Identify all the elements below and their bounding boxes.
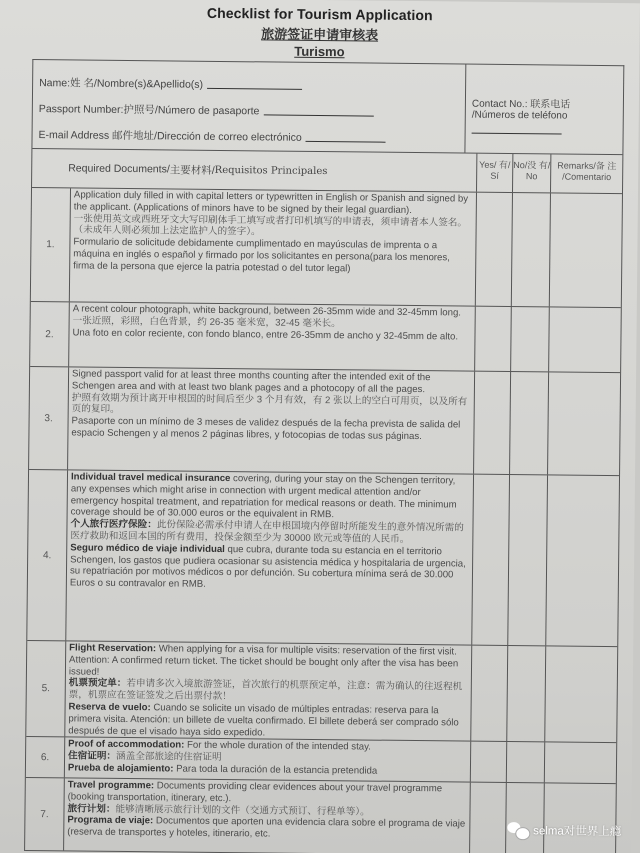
no-checkbox-cell[interactable] [511,193,550,306]
item-label-bold: Travel programme: [68,779,155,791]
wechat-icon [507,821,529,839]
no-checkbox-cell[interactable] [506,646,545,741]
no-checkbox-cell[interactable] [505,783,544,853]
item-number: 7. [25,778,65,850]
item-text-es: Programa de viaje: Documentos que aporte… [67,815,466,843]
watermark: selma对世界上瘾 [507,821,621,840]
item-description: Individual travel medical insurance cove… [66,470,473,644]
item-text: Para toda la duración de la estancia pre… [173,763,377,776]
item-label-bold: 住宿证明： [68,750,116,762]
title-block: Checklist for Tourism Application 旅游签证申请… [0,3,640,63]
applicant-fields: Name:姓 名/Nombre(s)&Apellido(s) Passport … [32,60,465,153]
item-label-bold: Flight Reservation: [69,642,156,654]
item-number: 6. [26,737,65,777]
item-text: 护照有效期为预计离开申根国的时间后至少 3 个月有效，有 2 张以上的空白可用页… [72,392,468,415]
remarks-cell[interactable] [544,646,617,742]
remarks-cell[interactable] [548,307,621,372]
name-field[interactable]: Name:姓 名/Nombre(s)&Apellido(s) [39,64,459,94]
email-blank[interactable] [306,141,386,143]
contact-blank[interactable] [472,133,562,135]
table-row: 3.Signed passport valid for at least thr… [29,367,620,476]
remarks-cell[interactable] [545,475,619,646]
header-no: No/没 有/ No [512,154,550,192]
item-label-bold: Individual travel medical insurance [71,471,231,484]
contact-field[interactable]: Contact No.: 联系电话 /Números de teléfono [464,65,623,155]
yes-checkbox-cell[interactable] [471,475,509,645]
email-field[interactable]: E-mail Address 邮件地址/Dirección de correo … [38,116,458,146]
item-description: Flight Reservation: When applying for a … [65,641,471,740]
passport-blank[interactable] [263,114,373,116]
item-text-es: Reserva de vuelo: Cuando se solicite un … [68,701,467,741]
header-en: Required Documents/ [68,162,170,175]
item-text: Formulario de solicitude debidamente cum… [73,237,450,274]
item-text-en: Flight Reservation: When applying for a … [69,642,468,682]
no-checkbox-cell[interactable] [506,742,544,782]
yes-checkbox-cell[interactable] [475,193,512,306]
header-zh: 主要材料/ [170,162,215,177]
checklist-table: Name:姓 名/Nombre(s)&Apellido(s) Passport … [24,59,624,853]
item-label-bold: Prueba de alojamiento: [68,762,174,774]
name-label: Name:姓 名/Nombre(s)&Apellido(s) [39,75,203,92]
contact-label-1: Contact No.: 联系电话 [472,95,617,112]
yes-checkbox-cell[interactable] [469,783,506,853]
remarks-cell[interactable] [543,783,616,853]
item-number: 5. [26,641,66,736]
yes-checkbox-cell[interactable] [473,372,510,474]
item-label-bold: Seguro médico de viaje individual [70,542,225,555]
document-page: Checklist for Tourism Application 旅游签证申请… [0,0,640,853]
item-text: 若申请多次入境旅游签证，首次旅行的机票预定单，注意：需为确认的往返程机票，机票应… [69,678,463,702]
item-label-bold: Programa de viaje: [67,815,153,827]
item-number: 2. [30,302,70,366]
no-checkbox-cell[interactable] [510,307,549,371]
applicant-info: Name:姓 名/Nombre(s)&Apellido(s) Passport … [32,60,623,155]
table-row: 1.Application duly filled in with capita… [31,188,622,308]
header-yes: Yes/ 有/ Sí [476,154,512,192]
watermark-text: selma对世界上瘾 [533,822,621,839]
remarks-cell[interactable] [544,742,616,783]
item-text: 涵盖全部旅途的住宿证明 [116,751,222,763]
table-row: 4.Individual travel medical insurance co… [27,470,619,647]
no-checkbox-cell[interactable] [509,372,548,474]
item-label-bold: 机票预定单： [69,678,127,690]
item-text: Signed passport valid for at least three… [72,368,431,394]
item-number: 3. [29,367,69,469]
item-text-en: Individual travel medical insurance cove… [71,471,470,522]
contact-label-2: /Números de teléfono [472,110,617,123]
name-blank[interactable] [207,88,302,90]
email-label: E-mail Address 邮件地址/Dirección de correo … [38,127,301,145]
item-description: Signed passport valid for at least three… [68,367,474,473]
item-label-bold: Reserva de vuelo: [69,701,151,713]
remarks-cell[interactable] [549,193,622,307]
item-text: Pasaporte con un mínimo de 3 meses de va… [71,416,460,442]
header-remarks: Remarks/备 注 /Comentario [550,154,622,193]
item-text: Application duly filled in with capital … [74,189,468,215]
table-row: 6.Proof of accommodation: For the whole … [26,737,616,784]
table-row: 2.A recent colour photograph, white back… [30,302,621,373]
item-text: For the whole duration of the intended s… [184,740,371,753]
item-text-es: Pasaporte con un mínimo de 3 meses de va… [71,416,470,444]
item-description: Proof of accommodation: For the whole du… [65,737,470,781]
item-text-es: Formulario de solicitude debidamente cum… [73,237,472,277]
item-number: 1. [31,188,71,301]
passport-field[interactable]: Passport Number:护照号/Número de pasaporte [39,90,459,120]
yes-checkbox-cell[interactable] [470,646,507,741]
item-description: A recent colour photograph, white backgr… [69,302,475,370]
item-description: Travel programme: Documents providing cl… [64,778,470,853]
item-label-bold: 旅行计划： [67,803,115,815]
table-body: 1.Application duly filled in with capita… [25,188,622,853]
passport-label: Passport Number:护照号/Número de pasaporte [39,101,260,118]
item-number: 4. [27,470,68,640]
table-header: Required Documents/ 主要材料/ Requisitos Pri… [32,149,622,194]
table-row: 5.Flight Reservation: When applying for … [26,641,617,743]
header-required-documents: Required Documents/ 主要材料/ Requisitos Pri… [32,149,476,192]
item-label-bold: Proof of accommodation: [68,738,184,750]
header-es: Requisitos Principales [215,164,328,176]
yes-checkbox-cell[interactable] [474,307,511,371]
item-text-es: Seguro médico de viaje individual que cu… [70,542,469,593]
remarks-cell[interactable] [547,372,620,475]
yes-checkbox-cell[interactable] [470,742,506,782]
table-row: 7.Travel programme: Documents providing … [25,778,616,853]
item-description: Application duly filled in with capital … [70,188,476,305]
item-label-bold: 个人旅行医疗保险： [70,519,156,531]
no-checkbox-cell[interactable] [507,475,547,645]
item-text: 一张使用英文或西班牙文大写印刷体手工填写或者打印机填写的申请表，须申请者本人签名… [74,213,468,238]
